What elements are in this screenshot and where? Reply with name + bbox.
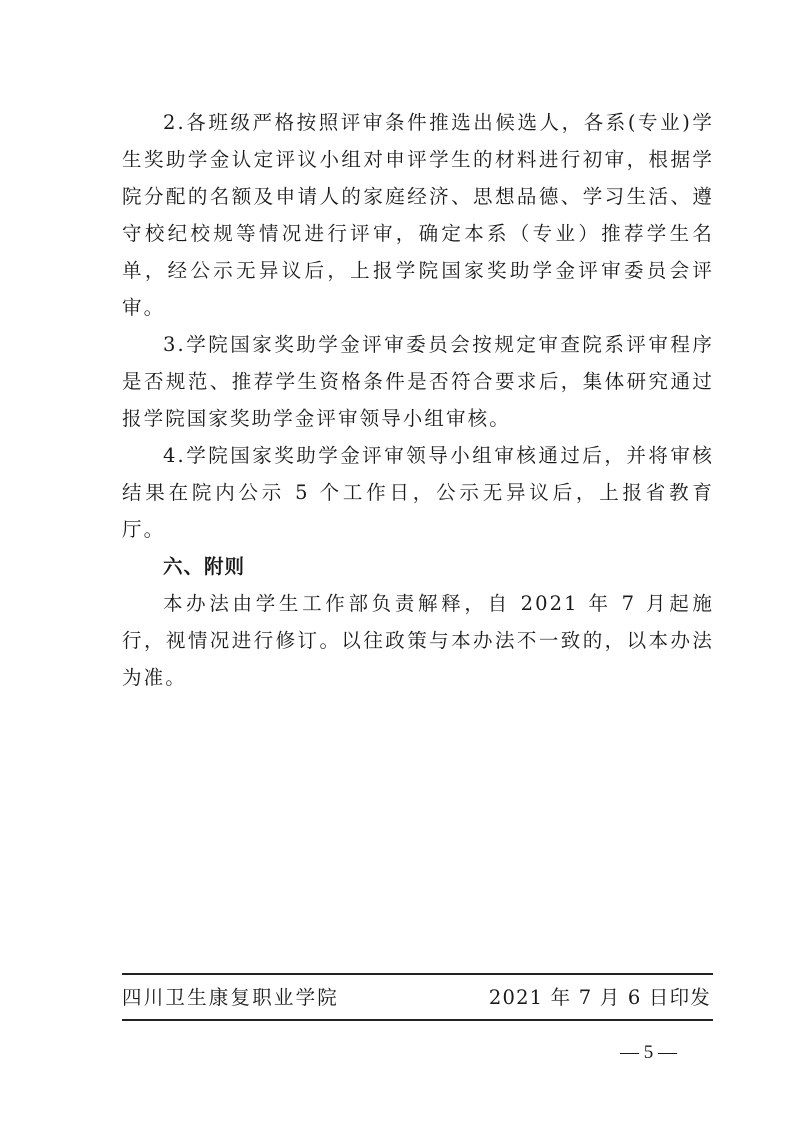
paragraph-item-4: 4.学院国家奖助学金评审领导小组审核通过后，并将审核结果在院内公示 5 个工作日… bbox=[122, 437, 714, 548]
section-heading-appendix: 六、附则 bbox=[122, 548, 714, 585]
footer-bottom-rule bbox=[122, 1019, 713, 1021]
paragraph-item-2: 2.各班级严格按照评审条件推选出候选人，各系(专业)学生奖助学金认定评议小组对申… bbox=[122, 104, 714, 326]
issue-date: 2021 年 7 月 6 日印发 bbox=[489, 983, 711, 1013]
paragraph-item-3: 3.学院国家奖助学金评审委员会按规定审查院系评审程序是否规范、推荐学生资格条件是… bbox=[122, 326, 714, 437]
page-number: — 5 — bbox=[620, 1040, 677, 1066]
paragraph-appendix: 本办法由学生工作部负责解释，自 2021 年 7 月起施行，视情况进行修订。以往… bbox=[122, 585, 714, 696]
issuer-name: 四川卫生康复职业学院 bbox=[122, 983, 339, 1013]
document-page: 2.各班级严格按照评审条件推选出候选人，各系(专业)学生奖助学金认定评议小组对申… bbox=[0, 0, 799, 1130]
footer-top-rule bbox=[122, 973, 713, 975]
document-body: 2.各班级严格按照评审条件推选出候选人，各系(专业)学生奖助学金认定评议小组对申… bbox=[122, 104, 714, 696]
